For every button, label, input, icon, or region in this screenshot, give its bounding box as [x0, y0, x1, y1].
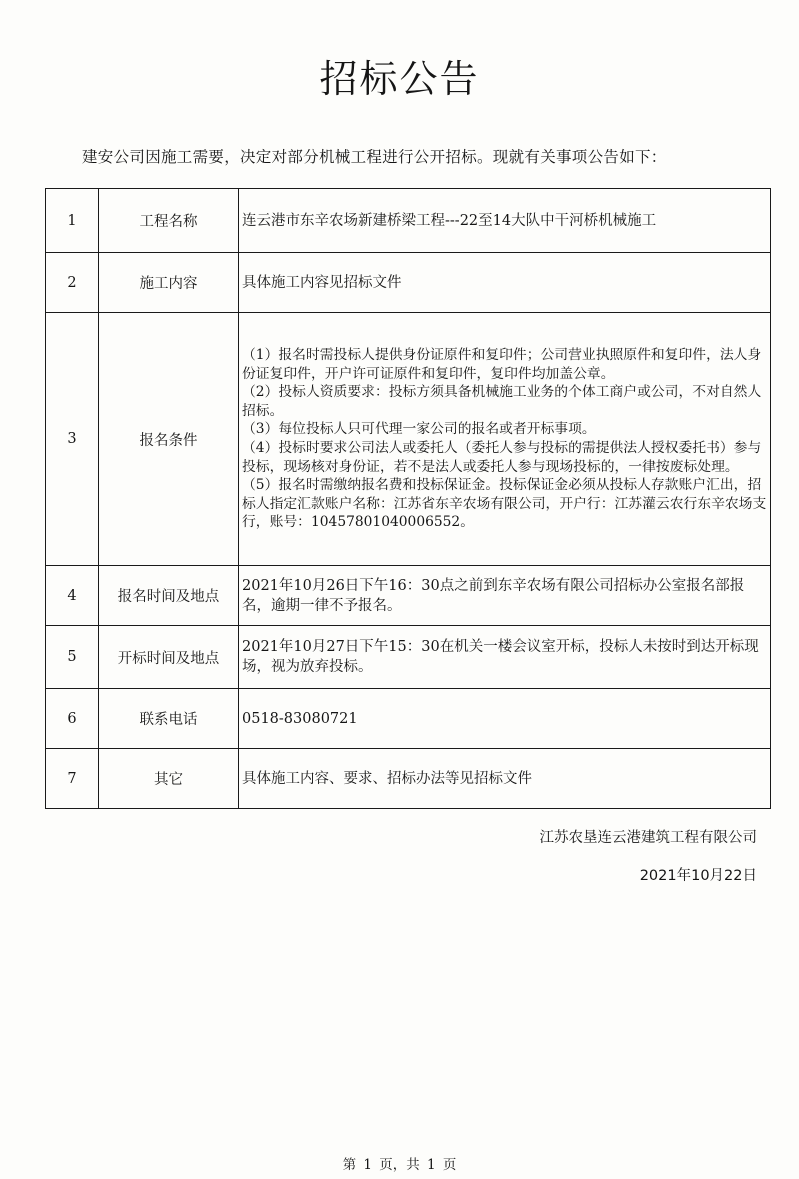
row-label: 施工内容 [99, 253, 239, 313]
row-number: 3 [46, 313, 99, 566]
condition-item: （2）投标人资质要求：投标方须具备机械施工业务的个体工商户或公司，不对自然人招标… [242, 383, 768, 420]
row-label: 报名时间及地点 [99, 566, 239, 626]
row-number: 5 [46, 626, 99, 689]
table-row: 3 报名条件 （1）报名时需投标人提供身份证原件和复印件；公司营业执照原件和复印… [46, 313, 771, 566]
table-row: 7 其它 具体施工内容、要求、招标办法等见招标文件 [46, 749, 771, 809]
row-label: 报名条件 [99, 313, 239, 566]
condition-item: （4）投标时要求公司法人或委托人（委托人参与投标的需提供法人授权委托书）参与投标… [242, 439, 768, 476]
row-label: 开标时间及地点 [99, 626, 239, 689]
row-number: 6 [46, 689, 99, 749]
condition-item: （5）报名时需缴纳报名费和投标保证金。投标保证金必须从投标人存款账户汇出，招标人… [242, 476, 768, 532]
document-title: 招标公告 [0, 48, 799, 103]
table-row: 2 施工内容 具体施工内容见招标文件 [46, 253, 771, 313]
issuer-signature: 江苏农垦连云港建筑工程有限公司 [540, 826, 758, 847]
row-number: 2 [46, 253, 99, 313]
condition-item: （3）每位投标人只可代理一家公司的报名或者开标事项。 [242, 420, 768, 439]
row-number: 7 [46, 749, 99, 809]
table-row: 5 开标时间及地点 2021年10月27日下午15：30在机关一楼会议室开标，投… [46, 626, 771, 689]
intro-paragraph: 建安公司因施工需要，决定对部分机械工程进行公开招标。现就有关事项公告如下： [82, 145, 667, 167]
row-label: 工程名称 [99, 189, 239, 253]
row-label: 联系电话 [99, 689, 239, 749]
row-number: 1 [46, 189, 99, 253]
row-content-conditions: （1）报名时需投标人提供身份证原件和复印件；公司营业执照原件和复印件，法人身份证… [239, 313, 771, 566]
issue-date: 2021年10月22日 [640, 864, 757, 885]
row-content: 具体施工内容、要求、招标办法等见招标文件 [239, 749, 771, 809]
row-content: 2021年10月27日下午15：30在机关一楼会议室开标，投标人未按时到达开标现… [239, 626, 771, 689]
row-label: 其它 [99, 749, 239, 809]
table-row: 6 联系电话 0518-83080721 [46, 689, 771, 749]
condition-item: （1）报名时需投标人提供身份证原件和复印件；公司营业执照原件和复印件，法人身份证… [242, 346, 768, 383]
row-content: 连云港市东辛农场新建桥梁工程---22至14大队中干河桥机械施工 [239, 189, 771, 253]
row-content: 具体施工内容见招标文件 [239, 253, 771, 313]
row-content: 2021年10月26日下午16：30点之前到东辛农场有限公司招标办公室报名部报名… [239, 566, 771, 626]
row-content: 0518-83080721 [239, 689, 771, 749]
table-row: 1 工程名称 连云港市东辛农场新建桥梁工程---22至14大队中干河桥机械施工 [46, 189, 771, 253]
table-row: 4 报名时间及地点 2021年10月26日下午16：30点之前到东辛农场有限公司… [46, 566, 771, 626]
page-indicator: 第 1 页，共 1 页 [0, 1153, 799, 1173]
row-number: 4 [46, 566, 99, 626]
notice-table: 1 工程名称 连云港市东辛农场新建桥梁工程---22至14大队中干河桥机械施工 … [45, 188, 771, 809]
